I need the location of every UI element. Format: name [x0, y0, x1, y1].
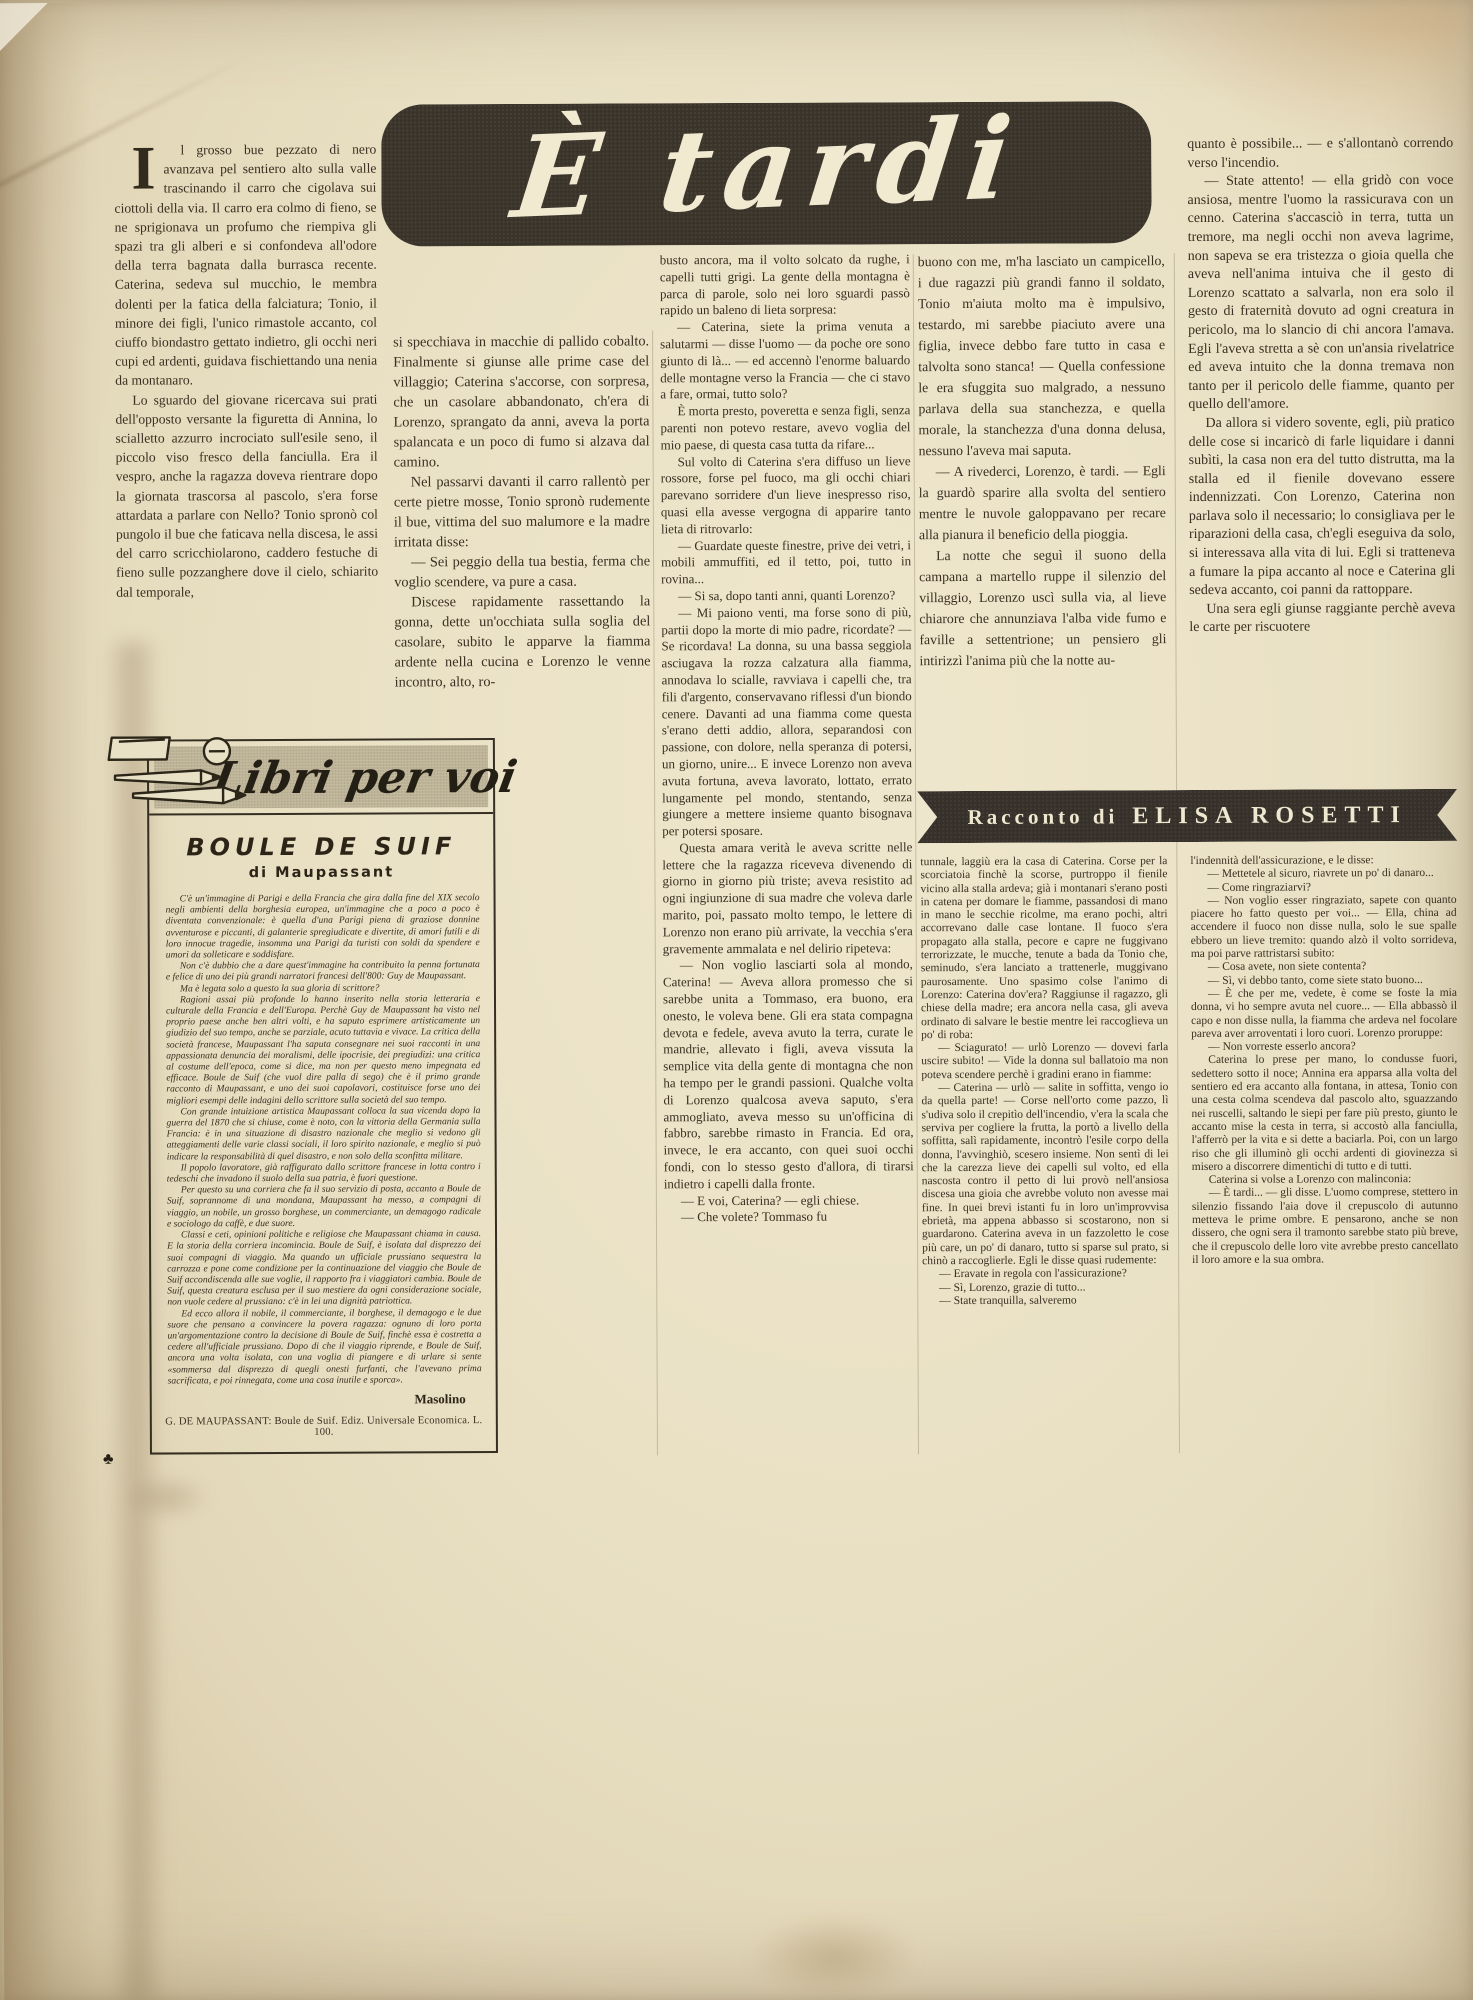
paragraph: — Sei peggio della tua bestia, ferma che… — [394, 551, 650, 592]
paragraph: Ed ecco allora il nobile, il commerciant… — [167, 1307, 481, 1387]
paragraph: quanto è possibile... — e s'allontanò co… — [1187, 135, 1453, 173]
paragraph: — Guardate queste finestre, prive dei ve… — [661, 537, 911, 588]
review-reference: G. DE MAUPASSANT: Boule de Suif. Ediz. U… — [160, 1415, 488, 1438]
paragraph: — È che per me, vedete, è come se foste … — [1191, 987, 1457, 1041]
paragraph: — Non voglio esser ringraziato, sapete c… — [1191, 894, 1457, 962]
paragraph: — Si sa, dopo tanti anni, quanti Lorenzo… — [661, 587, 911, 605]
paper-stain — [122, 1472, 212, 1522]
paragraph: — Che volete? Tommaso fu — [664, 1209, 914, 1227]
review-signature: Masolino — [414, 1391, 465, 1407]
pencils-books-icon — [105, 729, 255, 816]
paragraph: Per questo su una corriera che fa il suo… — [167, 1183, 481, 1229]
paragraph: Da allora si videro sovente, egli, più p… — [1188, 414, 1455, 601]
magazine-page: È tardi Il grosso bue pezzato di nero av… — [0, 0, 1473, 2000]
page-corner — [0, 3, 48, 55]
story-column-1: Il grosso bue pezzato di nero avanzava p… — [114, 140, 379, 736]
paper-stain — [1129, 0, 1470, 148]
paragraph: — Eravate in regola con l'assicurazione? — [922, 1267, 1169, 1281]
story-column-4-upper: buono con me, m'ha lasciato un campicell… — [918, 250, 1167, 791]
story-title-banner: È tardi — [381, 101, 1152, 246]
paragraph: Sul volto di Caterina s'era diffuso un l… — [661, 453, 911, 538]
story-column-3: busto ancora, ma il volto solcato da rug… — [660, 251, 915, 1462]
review-book-author: di Maupassant — [149, 864, 493, 882]
paragraph: Il racconto ha termine, ma la società ot… — [168, 1385, 482, 1386]
paragraph: — Caterina, siete la prima venuta a salu… — [660, 318, 910, 403]
story-column-4-lower: tunnale, laggiù era la casa di Caterina.… — [920, 855, 1170, 1460]
paragraph: — Non vorreste esserlo ancora? — [1191, 1040, 1457, 1054]
paragraph: — State attento! — ella gridò con voce a… — [1187, 172, 1454, 415]
paragraph: La notte che seguì il suono della campan… — [919, 544, 1167, 671]
byline-prefix: Racconto di — [968, 804, 1119, 830]
paragraph: busto ancora, ma il volto solcato da rug… — [660, 251, 910, 319]
paragraph: Nel passarvi davanti il carro rallentò p… — [394, 471, 650, 552]
box-header-title: Libri per voi — [240, 746, 491, 809]
column-rule — [652, 330, 658, 1455]
paragraph: — Sciagurato! — urlò Lorenzo — dovevi fa… — [921, 1041, 1168, 1082]
paragraph: — Mettetele al sicuro, riavrete un po' d… — [1190, 867, 1456, 881]
paragraph: C'è un'immagine di Parigi e della Franci… — [166, 892, 480, 961]
story-title: È tardi — [506, 103, 1027, 246]
paragraph: — Sì, Lorenzo, grazie di tutto... — [922, 1281, 1169, 1295]
paragraph: Questa amara verità le aveva scritte nel… — [662, 839, 913, 958]
paragraph: Il grosso bue pezzato di nero avanzava p… — [114, 140, 377, 391]
paragraph: Una sera egli giunse raggiante perchè av… — [1189, 600, 1455, 638]
paragraph: È morta presto, poveretta e senza figli,… — [660, 402, 910, 453]
story-column-2: si specchiava in macchie di pallido coba… — [393, 331, 651, 736]
paragraph: — È tardi... — gli disse. L'uomo compres… — [1192, 1186, 1458, 1267]
story-column-5-lower: l'indennità dell'assicurazione, e le dis… — [1190, 854, 1459, 1459]
page-marker: ♣ — [103, 1451, 114, 1469]
paragraph: Discese rapidamente rassettando la gonna… — [394, 591, 650, 692]
paragraph: — Sì, vi debbo tanto, come siete stato b… — [1191, 974, 1457, 988]
page-content: È tardi Il grosso bue pezzato di nero av… — [0, 0, 1473, 2000]
paragraph: Ragioni assai più profonde lo hanno inse… — [166, 993, 480, 1106]
review-body: C'è un'immagine di Parigi e della Franci… — [166, 892, 482, 1386]
paragraph: — Come ringraziarvi? — [1190, 880, 1456, 894]
paragraph: buono con me, m'ha lasciato un campicell… — [918, 250, 1166, 461]
story-column-5-upper: quanto è possibile... — e s'allontanò co… — [1187, 135, 1456, 788]
paragraph: — E voi, Caterina? — egli chiese. — [664, 1192, 914, 1210]
paragraph: si specchiava in macchie di pallido coba… — [393, 331, 650, 472]
paragraph: Lo sguardo del giovane ricercava sui pra… — [115, 389, 378, 601]
paragraph: Caterina lo prese per mano, lo condusse … — [1191, 1053, 1458, 1174]
column-rule — [1174, 253, 1180, 1453]
paragraph: — Mi paiono venti, ma forse sono di più,… — [661, 604, 912, 840]
paragraph: l'indennità dell'assicurazione, e le dis… — [1190, 854, 1456, 868]
paragraph: — State tranquilla, salveremo — [922, 1294, 1169, 1308]
byline-author: ELISA ROSETTI — [1132, 802, 1407, 830]
page-edge-shading — [0, 3, 99, 2000]
paragraph: — Non voglio lasciarti sola al mondo, Ca… — [663, 957, 914, 1193]
paragraph: — Caterina — urlò — salite in soffitta, … — [921, 1081, 1169, 1268]
paragraph: Con grande intuizione artistica Maupassa… — [166, 1105, 480, 1162]
paragraph: — Cosa avete, non siete contenta? — [1191, 960, 1457, 974]
paper-stain — [749, 1914, 919, 2000]
paragraph: Classi e ceti, opinioni politiche e reli… — [167, 1228, 481, 1308]
paragraph: Non c'è dubbio che a dare quest'immagine… — [166, 959, 480, 983]
paragraph: — A rivederci, Lorenzo, è tardi. — Egli … — [919, 460, 1166, 545]
paragraph: Il popolo lavoratore, già raffigurato da… — [167, 1161, 481, 1185]
libri-per-voi-box: Libri per voi BOULE DE SUIF di Maupassa — [147, 738, 498, 1455]
review-book-title: BOULE DE SUIF — [149, 832, 493, 862]
paragraph: tunnale, laggiù era la casa di Caterina.… — [920, 855, 1168, 1042]
byline-ribbon: Racconto di ELISA ROSETTI — [917, 789, 1457, 843]
